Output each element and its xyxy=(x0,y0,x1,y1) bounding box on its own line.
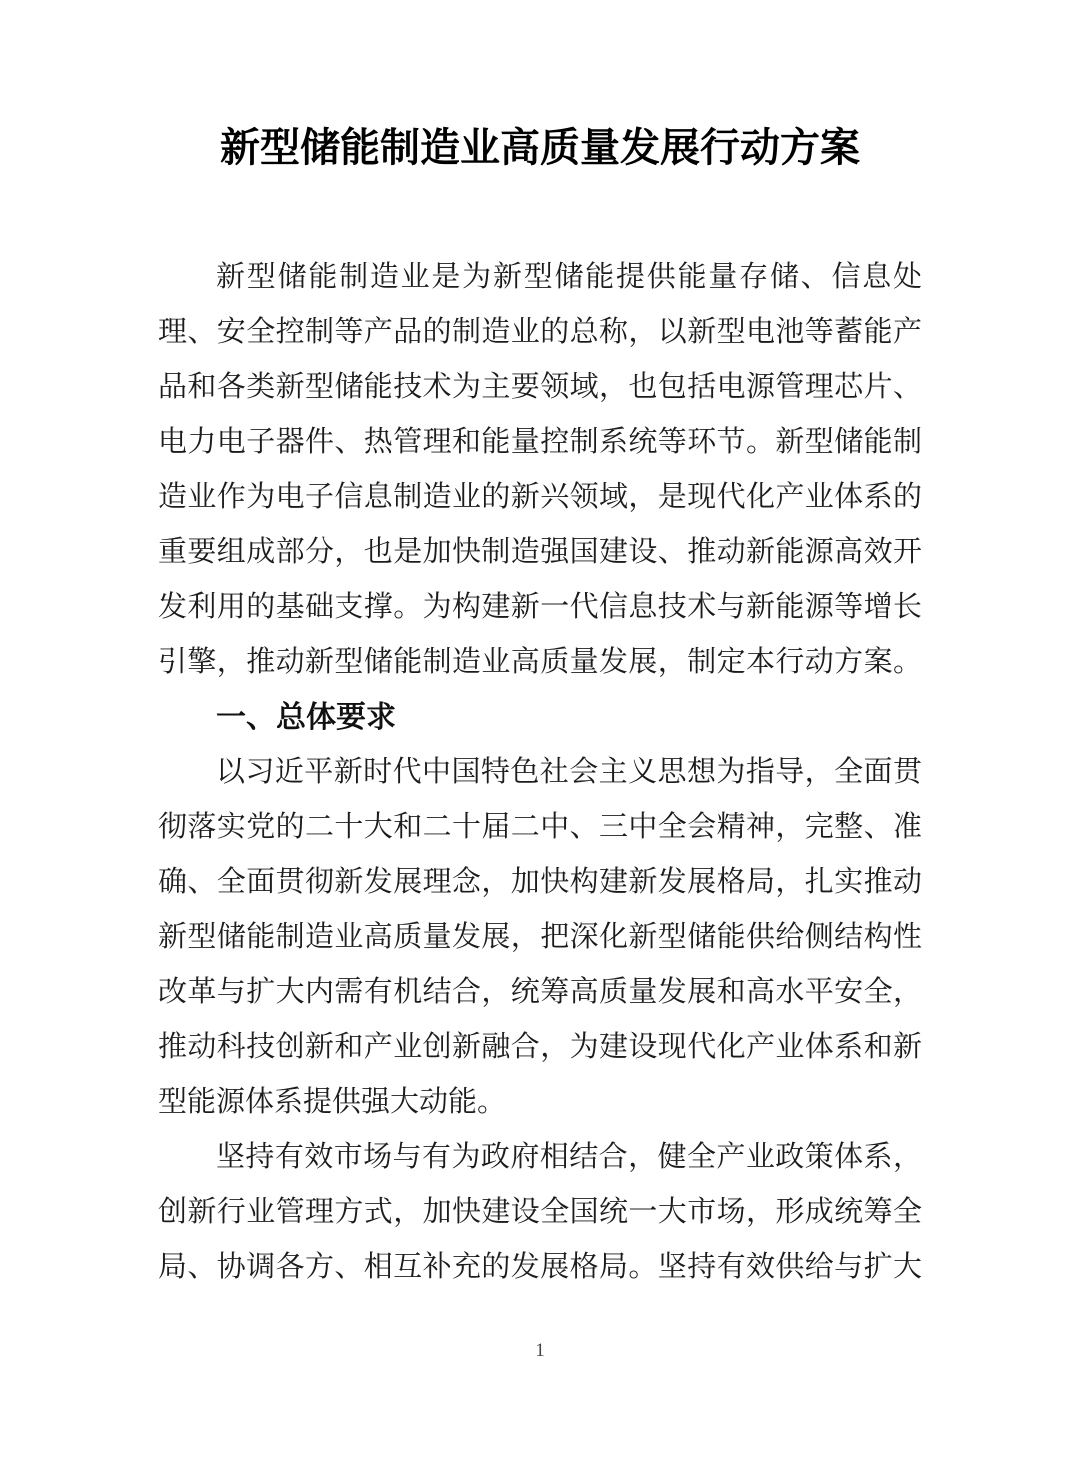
paragraph: 以习近平新时代中国特色社会主义思想为指导，全面贯 彻落实党的二十大和二十届二中、… xyxy=(158,745,922,1130)
text-line: 新型储能制造业是为新型储能提供能量存储、信息处 xyxy=(158,250,922,305)
text-line: 坚持有效市场与有为政府相结合，健全产业政策体系， xyxy=(158,1130,922,1185)
text-line: 确、全面贯彻新发展理念，加快构建新发展格局，扎实推动 xyxy=(158,855,922,910)
text-line: 理、安全控制等产品的制造业的总称，以新型电池等蓄能产 xyxy=(158,305,922,360)
text-line: 造业作为电子信息制造业的新兴领域，是现代化产业体系的 xyxy=(158,470,922,525)
document-body: 新型储能制造业是为新型储能提供能量存储、信息处 理、安全控制等产品的制造业的总称… xyxy=(158,250,922,1295)
text-line: 新型储能制造业高质量发展，把深化新型储能供给侧结构性 xyxy=(158,910,922,965)
text-line: 电力电子器件、热管理和能量控制系统等环节。新型储能制 xyxy=(158,415,922,470)
text-line: 重要组成部分，也是加快制造强国建设、推动新能源高效开 xyxy=(158,525,922,580)
text-line: 引擎，推动新型储能制造业高质量发展，制定本行动方案。 xyxy=(158,635,922,690)
document-page: 新型储能制造业高质量发展行动方案 新型储能制造业是为新型储能提供能量存储、信息处… xyxy=(0,0,1080,1461)
section-heading: 一、总体要求 xyxy=(158,690,922,745)
text-line: 彻落实党的二十大和二十届二中、三中全会精神，完整、准 xyxy=(158,800,922,855)
paragraph: 新型储能制造业是为新型储能提供能量存储、信息处 理、安全控制等产品的制造业的总称… xyxy=(158,250,922,690)
text-line: 以习近平新时代中国特色社会主义思想为指导，全面贯 xyxy=(158,745,922,800)
page-content: 新型储能制造业高质量发展行动方案 新型储能制造业是为新型储能提供能量存储、信息处… xyxy=(158,0,922,1295)
text-line: 型能源体系提供强大动能。 xyxy=(158,1075,922,1130)
paragraph: 坚持有效市场与有为政府相结合，健全产业政策体系， 创新行业管理方式，加快建设全国… xyxy=(158,1130,922,1295)
page-number: 1 xyxy=(0,1338,1080,1364)
text-line: 品和各类新型储能技术为主要领域，也包括电源管理芯片、 xyxy=(158,360,922,415)
text-line: 局、协调各方、相互补充的发展格局。坚持有效供给与扩大 xyxy=(158,1240,922,1295)
text-line: 发利用的基础支撑。为构建新一代信息技术与新能源等增长 xyxy=(158,580,922,635)
text-line: 改革与扩大内需有机结合，统筹高质量发展和高水平安全， xyxy=(158,965,922,1020)
document-title: 新型储能制造业高质量发展行动方案 xyxy=(158,118,922,178)
text-line: 创新行业管理方式，加快建设全国统一大市场，形成统筹全 xyxy=(158,1185,922,1240)
text-line: 推动科技创新和产业创新融合，为建设现代化产业体系和新 xyxy=(158,1020,922,1075)
